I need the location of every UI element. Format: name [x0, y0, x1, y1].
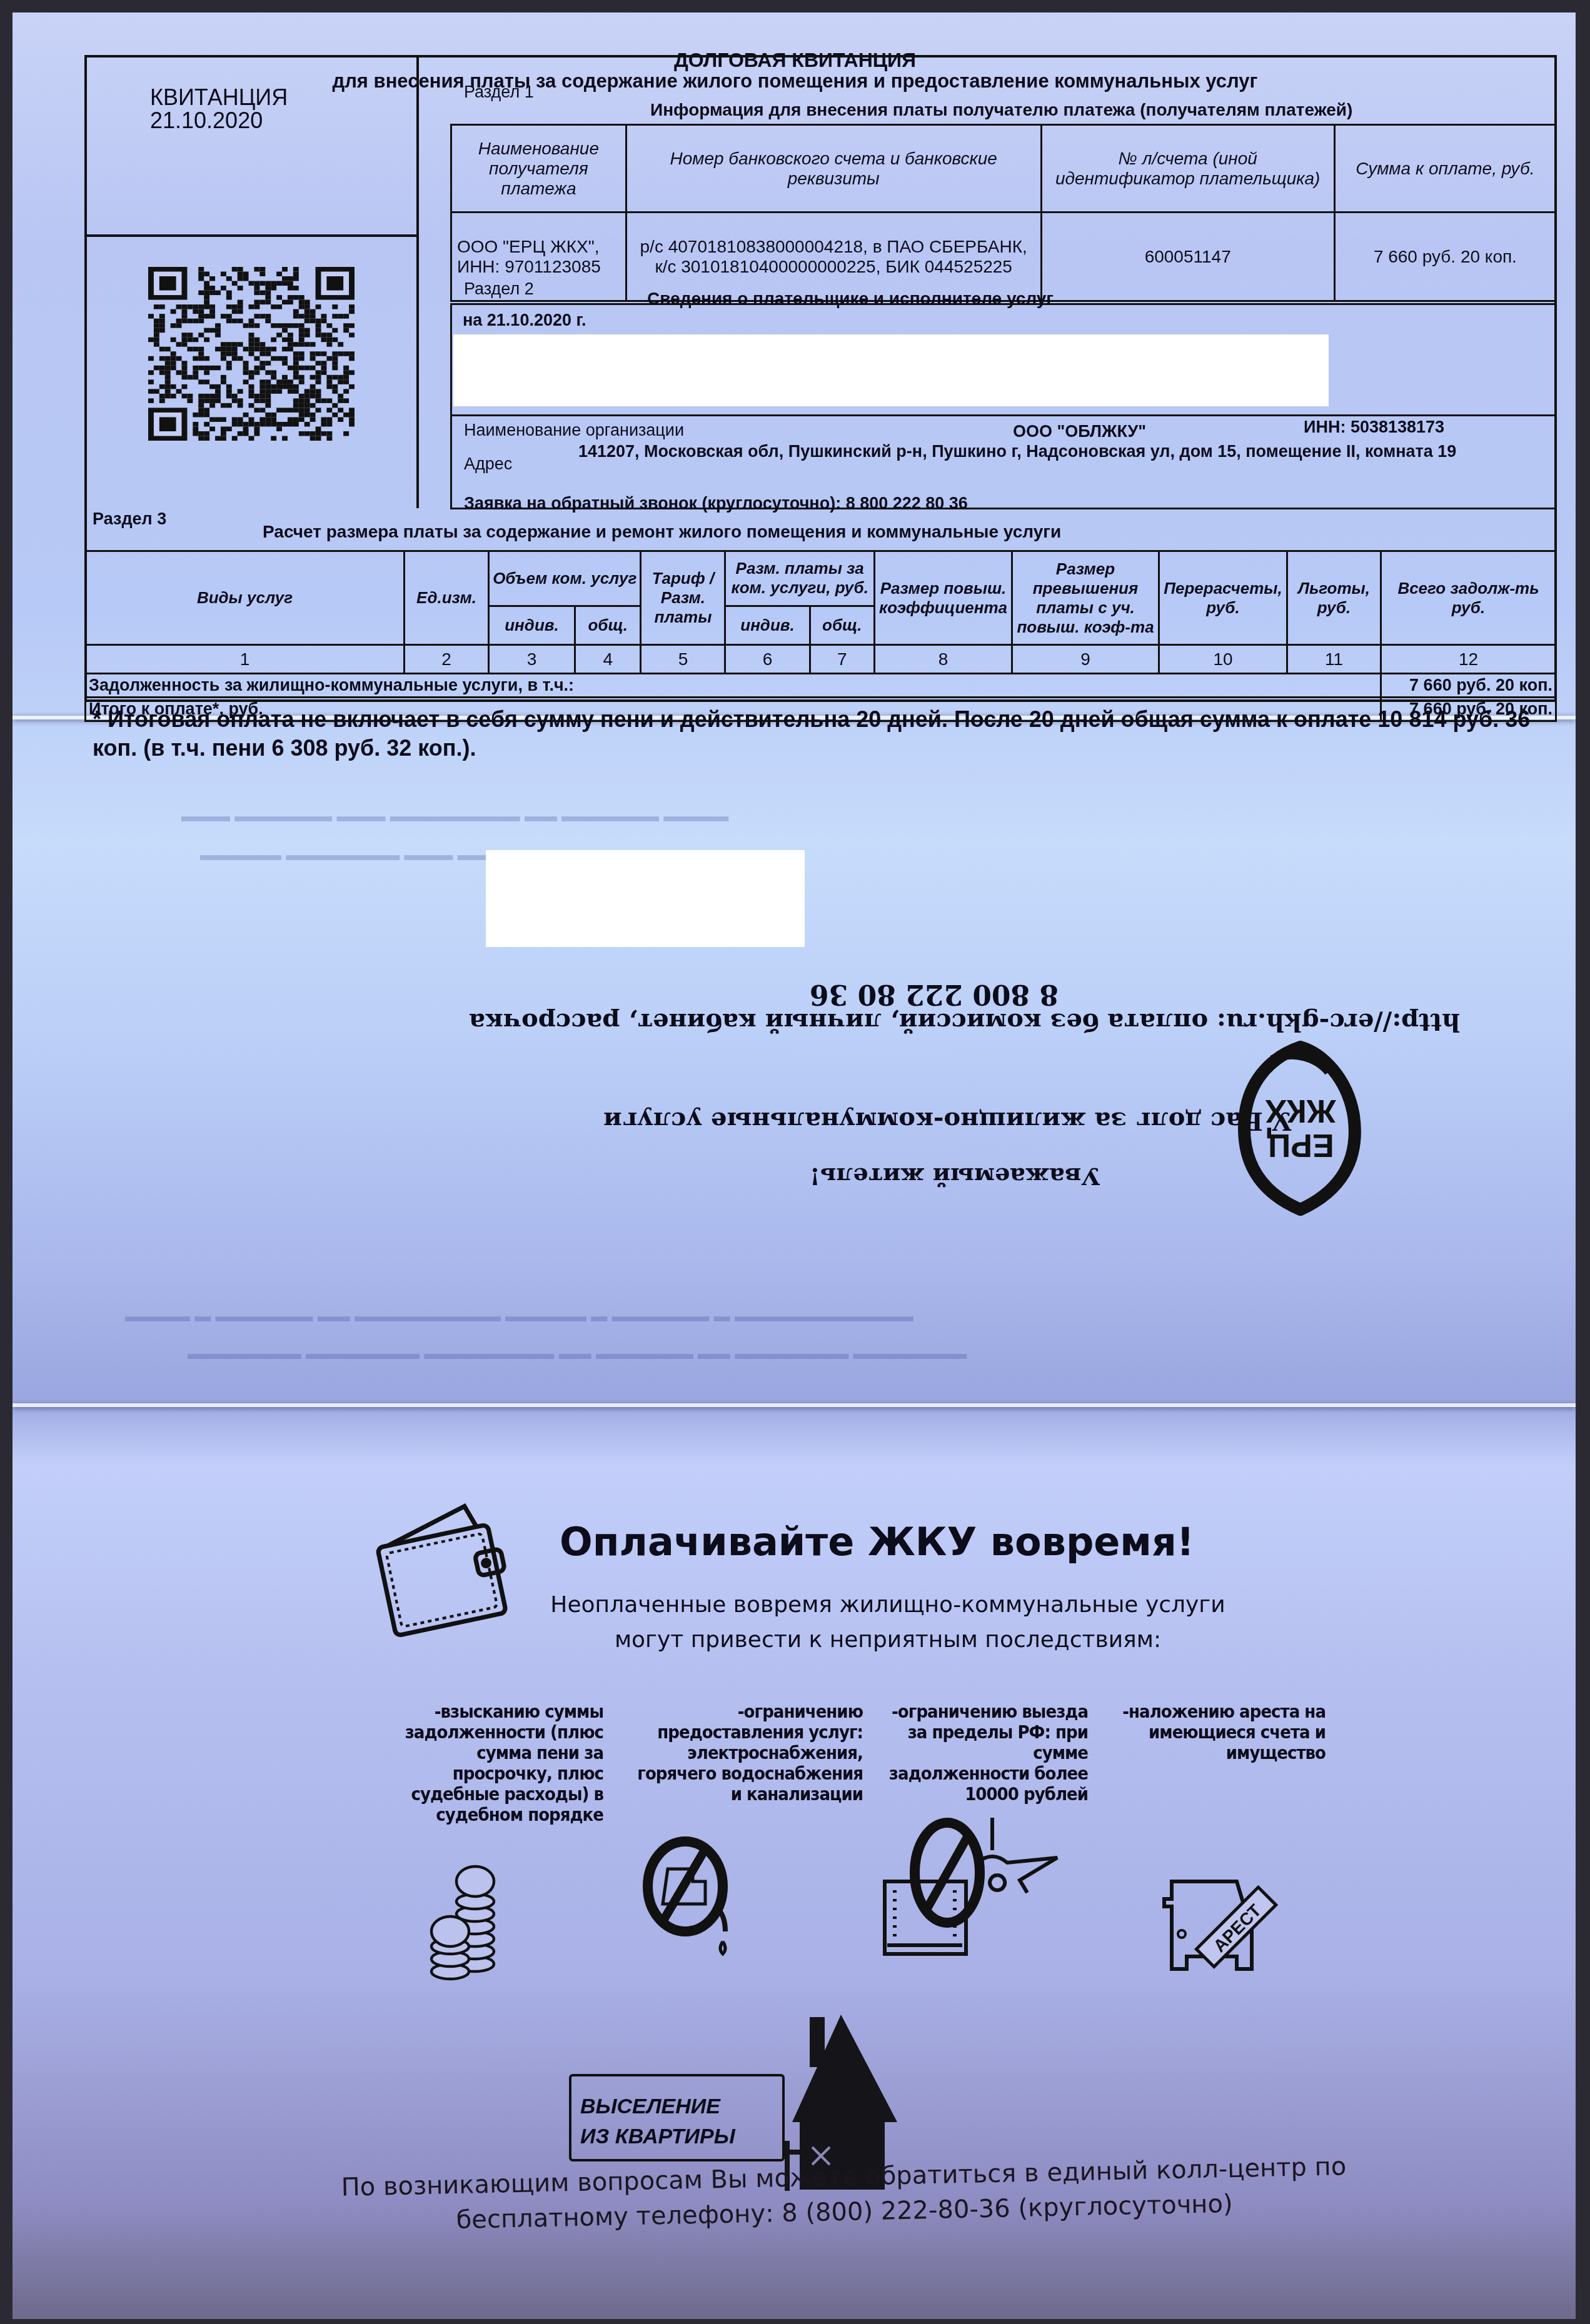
car-arrest-icon: АРЕСТ	[1157, 1869, 1282, 1975]
column-number: 10	[1159, 645, 1287, 674]
qr-code-icon	[148, 267, 355, 441]
section1-title: Информация для внесения платы получателю…	[650, 100, 1352, 120]
column-number: 7	[810, 645, 874, 674]
redacted-payer-info	[453, 334, 1329, 406]
notice-debt-message: У Вас долг за жилищно-коммунальные услуг…	[603, 1106, 1292, 1136]
header-payment-common: общ.	[810, 606, 874, 645]
header-amount: Сумма к оплате, руб.	[1334, 125, 1556, 213]
promo-title: Оплачивайте ЖКУ вовремя!	[560, 1519, 1194, 1565]
header-unit: Ед.изм.	[405, 551, 489, 645]
column-number: 3	[489, 645, 575, 674]
no-tap-icon	[638, 1831, 744, 1963]
divider	[84, 234, 419, 237]
org-label: Наименование организации	[464, 421, 684, 440]
header-excess: Размер превышения платы с уч. повыш. коэ…	[1012, 551, 1159, 645]
column-number: 9	[1012, 645, 1159, 674]
payment-info-table: Наименование получателя платежа Номер ба…	[450, 124, 1557, 302]
consequence-service-restriction: -ограничению предоставления услуг: элект…	[631, 1701, 863, 1805]
receipt-label: КВИТАНЦИЯ	[150, 84, 288, 111]
consequence-debt-collection: -взысканию суммы задолженности (плюс сум…	[400, 1701, 603, 1825]
column-number: 6	[725, 645, 810, 674]
erc-zhkh-logo-icon: ЕРЦ ЖКХ	[1235, 1041, 1366, 1216]
header-volume: Объем ком. услуг	[489, 551, 641, 606]
section3-label: Раздел 3	[93, 509, 166, 529]
promo-subtitle: Неоплаченные вовремя жилищно-коммунальны…	[519, 1588, 1257, 1658]
coins-icon	[425, 1856, 500, 1981]
org-name: ООО "ОБЛЖКУ"	[1013, 422, 1146, 441]
header-payment-ind: индив.	[725, 606, 810, 645]
header-volume-common: общ.	[575, 606, 640, 645]
column-number: 8	[875, 645, 1012, 674]
section1-label: Раздел 1	[464, 83, 534, 102]
header-coef: Размер повыш. коэффициента	[875, 551, 1012, 645]
header-total-debt: Всего задолж-ть руб.	[1381, 551, 1556, 645]
header-bank: Номер банковского счета и банковские рек…	[626, 125, 1041, 213]
column-number: 11	[1287, 645, 1381, 674]
debt-value: 7 660 руб. 20 коп.	[1381, 674, 1556, 698]
header-recipient: Наименование получателя платежа	[451, 125, 626, 213]
bank-details: р/с 40701810838000004218, в ПАО СБЕРБАНК…	[626, 213, 1041, 301]
redacted-block	[486, 850, 805, 947]
org-address: 141207, Московская обл, Пушкинский р-н, …	[578, 441, 1510, 463]
account-number: 600051147	[1041, 213, 1334, 301]
column-number: 2	[405, 645, 489, 674]
amount-due: 7 660 руб. 20 коп.	[1334, 213, 1556, 301]
column-number: 12	[1381, 645, 1556, 674]
promo-subtitle-line2: могут привести к неприятным последствиям…	[519, 1623, 1257, 1658]
column-number: 1	[86, 645, 405, 674]
eviction-line1: ВЫСЕЛЕНИЕ	[580, 2091, 782, 2121]
notice-phone: 8 800 222 80 36	[810, 978, 1059, 1010]
eviction-sign: ВЫСЕЛЕНИЕ ИЗ КВАРТИРЫ	[569, 2074, 785, 2161]
header-tariff: Тариф / Разм. платы	[641, 551, 725, 645]
header-volume-ind: индив.	[489, 606, 575, 645]
no-travel-icon	[872, 1813, 1097, 1956]
column-number: 4	[575, 645, 640, 674]
org-inn: ИНН: 5038138173	[1304, 418, 1444, 437]
address-label: Адрес	[464, 454, 512, 474]
header-benefits: Льготы, руб.	[1287, 551, 1381, 645]
receipt-date: 21.10.2020	[150, 108, 263, 134]
as-of-date: на 21.10.2020 г.	[463, 311, 586, 330]
column-number: 5	[641, 645, 725, 674]
consequence-asset-arrest: -наложению ареста на имеющиеся счета и и…	[1113, 1701, 1326, 1763]
callback-request: Заявка на обратный звонок (круглосуточно…	[464, 494, 968, 513]
svg-text:ЕРЦ: ЕРЦ	[1267, 1127, 1334, 1163]
header-recalc: Перерасчеты, руб.	[1159, 551, 1287, 645]
header-account: № л/счета (иной идентификатор плательщик…	[1041, 125, 1334, 213]
eviction-line2: ИЗ КВАРТИРЫ	[580, 2121, 782, 2151]
promo-subtitle-line1: Неоплаченные вовремя жилищно-коммунальны…	[519, 1588, 1257, 1623]
notice-greeting: Уважаемый житель!	[810, 1163, 1100, 1191]
header-services: Виды услуг	[86, 551, 405, 645]
section3-title: Расчет размера платы за содержание и рем…	[263, 522, 1061, 542]
svg-text:ЖКХ: ЖКХ	[1265, 1093, 1337, 1129]
debt-label: Задолженность за жилищно-коммунальные ус…	[86, 674, 1381, 698]
section2-label: Раздел 2	[464, 279, 534, 299]
penalty-footnote: * Итоговая оплата не включает в себя сум…	[93, 705, 1549, 763]
consequence-travel-ban: -ограничению выезда за пределы РФ: при с…	[888, 1701, 1088, 1805]
calculation-table: Виды услуг Ед.изм. Объем ком. услуг Тари…	[84, 550, 1557, 722]
notice-url: http://erc-gkh.ru: оплата без комиссий, …	[469, 1008, 1460, 1037]
header-payment: Разм. платы за ком. услуги, руб.	[725, 551, 875, 606]
wallet-icon	[369, 1497, 519, 1647]
fold-line	[13, 1403, 1576, 1407]
